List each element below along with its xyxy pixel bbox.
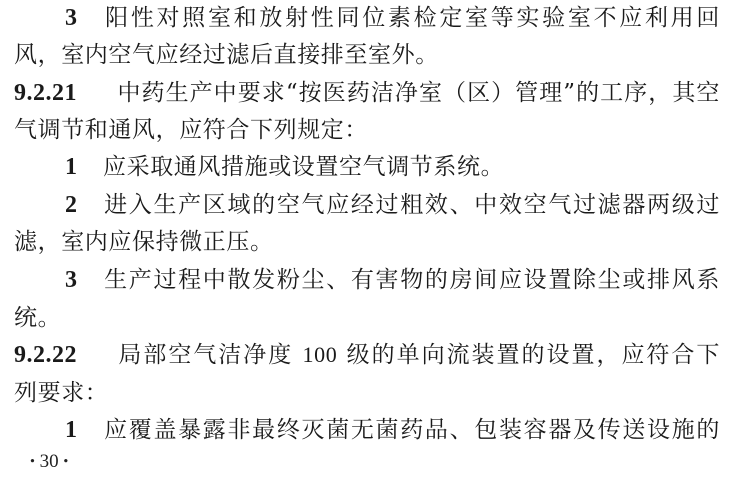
continuation-line: 列要求： xyxy=(14,375,720,411)
item-number: 3 xyxy=(65,262,103,298)
continuation-line: 统。 xyxy=(14,300,720,336)
continuation-text: 列要求： xyxy=(14,380,108,406)
bullet-icon: • xyxy=(30,455,35,470)
item-number: 1 xyxy=(65,149,103,185)
cleanliness-class-value: 100 xyxy=(303,342,338,367)
continuation-line: 滤，室内应保持微正压。 xyxy=(14,224,720,260)
item-number: 3 xyxy=(65,0,103,36)
item-number: 1 xyxy=(65,412,103,448)
continuation-text: 滤，室内应保持微正压。 xyxy=(14,229,274,255)
item-text: 应覆盖暴露非最终灭菌无菌药品、包装容器及传送设施的 xyxy=(103,417,720,443)
item-1-line: 1应采取通风措施或设置空气调节系统。 xyxy=(14,149,720,185)
continuation-text: 统。 xyxy=(14,305,61,331)
clause-text-before: 局部空气洁净度 xyxy=(117,342,293,368)
item-1-line: 1应覆盖暴露非最终灭菌无菌药品、包装容器及传送设施的 xyxy=(14,412,720,448)
clause-text: 中药生产中要求“按医药洁净室（区）管理”的工序，其空 xyxy=(117,80,720,106)
page-number-value: 30 xyxy=(40,451,59,472)
bullet-icon: • xyxy=(63,455,68,470)
item-2-line: 2进入生产区域的空气应经过粗效、中效空气过滤器两级过 xyxy=(14,187,720,223)
clause-text: 局部空气洁净度 100 级的单向流装置的设置，应符合下 xyxy=(117,342,720,368)
continuation-text: 风，室内空气应经过滤后直接排至室外。 xyxy=(14,42,439,68)
page-number: • 30 • xyxy=(30,448,68,477)
continuation-line: 气调节和通风，应符合下列规定： xyxy=(14,112,720,148)
item-text: 进入生产区域的空气应经过粗效、中效空气过滤器两级过 xyxy=(103,192,720,218)
clause-text-after: 级的单向流装置的设置，应符合下 xyxy=(347,342,720,368)
clause-number: 9.2.21 xyxy=(14,75,117,111)
continuation-line: 风，室内空气应经过滤后直接排至室外。 xyxy=(14,37,720,73)
item-3-line: 3生产过程中散发粉尘、有害物的房间应设置除尘或排风系 xyxy=(14,262,720,298)
clause-9-2-21-line: 9.2.21中药生产中要求“按医药洁净室（区）管理”的工序，其空 xyxy=(14,75,720,111)
continuation-text: 气调节和通风，应符合下列规定： xyxy=(14,117,368,143)
item-text: 生产过程中散发粉尘、有害物的房间应设置除尘或排风系 xyxy=(103,267,720,293)
document-page: 3阳性对照室和放射性同位素检定室等实验室不应利用回 风，室内空气应经过滤后直接排… xyxy=(0,0,733,483)
item-3-line: 3阳性对照室和放射性同位素检定室等实验室不应利用回 xyxy=(14,0,720,36)
item-number: 2 xyxy=(65,187,103,223)
clause-9-2-22-line: 9.2.22局部空气洁净度 100 级的单向流装置的设置，应符合下 xyxy=(14,337,720,373)
item-text: 应采取通风措施或设置空气调节系统。 xyxy=(103,154,504,180)
item-text: 阳性对照室和放射性同位素检定室等实验室不应利用回 xyxy=(103,5,720,31)
clause-number: 9.2.22 xyxy=(14,337,117,373)
